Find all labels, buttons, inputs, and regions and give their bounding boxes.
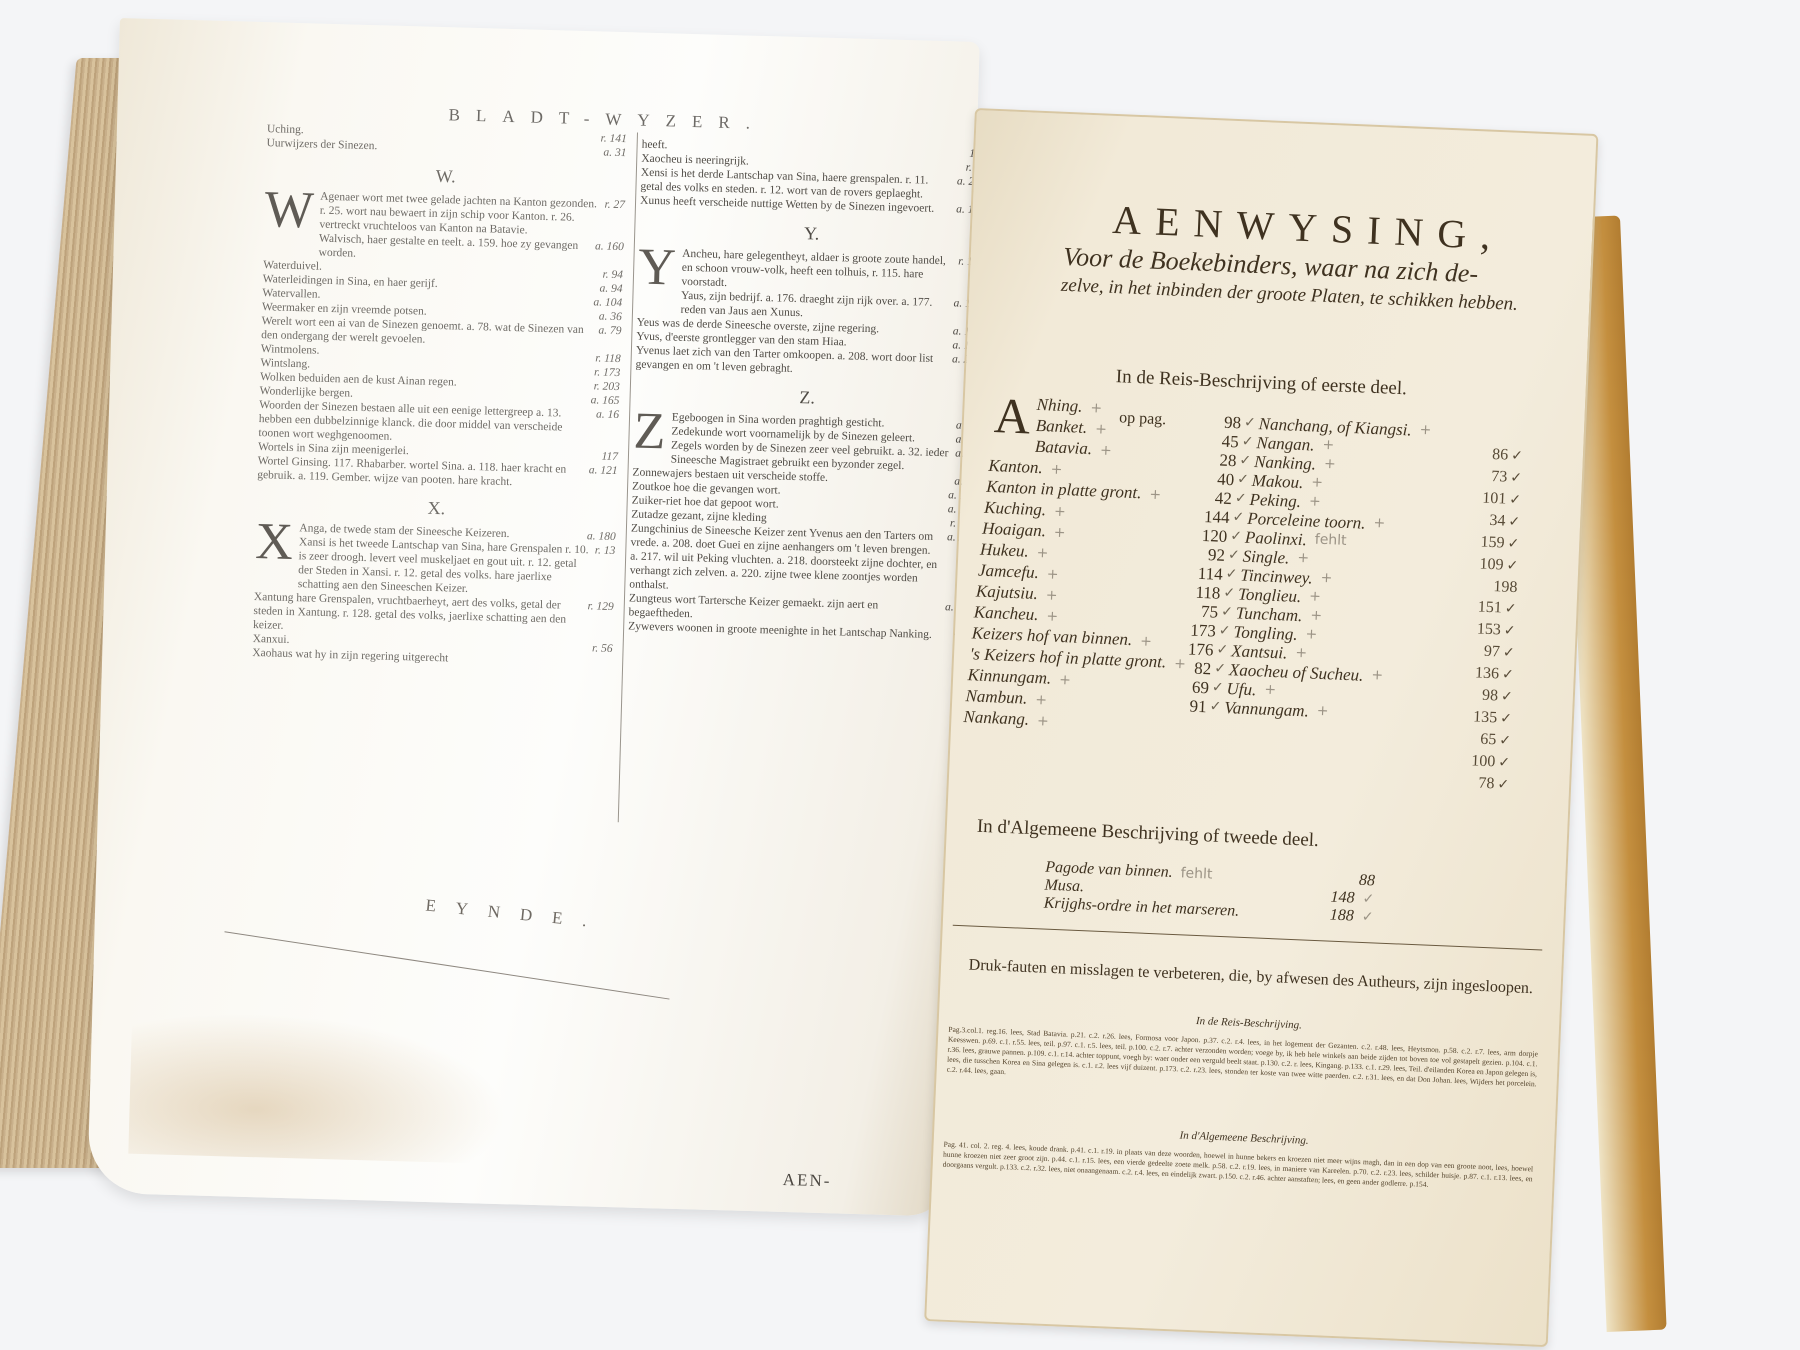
pencil-mark: + <box>1295 644 1308 663</box>
plate-name: Jamcefu. <box>978 561 1040 583</box>
check-mark-icon: ✓ <box>1502 667 1514 683</box>
section-heading-first-part: In de Reis-Beschrijving of eerste deel. <box>1115 366 1407 400</box>
check-mark-icon: ✓ <box>1500 711 1512 727</box>
plate-name: Vannungam. <box>1224 698 1309 721</box>
check-mark-icon: ✓ <box>1239 451 1252 470</box>
pencil-cross-mark: + <box>1054 525 1066 541</box>
plate-name: Batavia. <box>1035 437 1093 458</box>
page-number: 109 <box>1479 556 1504 574</box>
index-entry-ref: r. 118 <box>595 351 621 366</box>
check-mark-icon: ✓ <box>1223 584 1236 603</box>
index-entry-ref: 117 <box>601 450 618 464</box>
plate-page: 148✓ <box>1330 889 1374 909</box>
errata-title: Druk-fauten en misslagen te verbeteren, … <box>961 955 1541 998</box>
index-entry-ref: r. 27 <box>604 198 626 241</box>
index-entry-ref: a. 121 <box>588 463 618 492</box>
handwritten-page: 151✓ <box>1441 595 1517 620</box>
plate-name: Banket. <box>1035 416 1087 437</box>
check-mark-icon: ✓ <box>1225 565 1238 584</box>
plate-name: Kinnungam. <box>967 665 1051 687</box>
handwritten-page: 135✓ <box>1436 705 1512 730</box>
pencil-cross-mark: + <box>1100 443 1112 459</box>
index-entry-ref: a. 180 <box>587 529 616 544</box>
check-mark-icon: ✓ <box>1228 546 1241 565</box>
plate-name: Kuching. <box>984 498 1047 520</box>
plate-list-b: op pag. 98✓Nanchang, of Kiangsi.+45✓Nang… <box>1157 410 1432 725</box>
pencil-mark: + <box>1309 492 1322 511</box>
plate-name: Peking. <box>1249 490 1301 511</box>
check-mark-icon: ✓ <box>1212 678 1225 697</box>
check-mark-icon: ✓ <box>1508 514 1520 530</box>
handwritten-page: 73✓ <box>1447 464 1523 489</box>
book-photo: BLADT-WYZER. Uching.r. 141Uurwijzers der… <box>0 0 1800 1350</box>
dropcap-y: Y <box>638 246 677 291</box>
index-entry: Zungchinius de Sineesche Keizer zent Yve… <box>629 521 976 601</box>
pencil-mark: + <box>1305 625 1318 644</box>
plate-name: Musa. <box>1044 877 1084 897</box>
handwritten-page: 34✓ <box>1445 508 1521 533</box>
page-number: 73 <box>1491 468 1508 486</box>
plate-name: Xantsui. <box>1231 641 1288 662</box>
pencil-cross-mark: + <box>1046 608 1058 624</box>
horizontal-rule <box>953 925 1543 951</box>
check-mark-icon: ✓ <box>1510 470 1522 486</box>
handwritten-page: 101✓ <box>1446 486 1522 511</box>
page-number: 78 <box>1478 775 1495 793</box>
index-entry-ref: r. 203 <box>594 379 621 394</box>
check-mark-icon: ✓ <box>1362 891 1374 907</box>
pencil-mark: + <box>1324 455 1337 474</box>
foxing-stain <box>128 994 552 1166</box>
end-rule <box>224 931 669 999</box>
pencil-mark: + <box>1310 606 1323 625</box>
pencil-mark: + <box>1373 514 1386 533</box>
pencil-cross-mark: + <box>1059 672 1071 688</box>
pencil-mark: + <box>1419 421 1432 440</box>
check-mark-icon: ✓ <box>1509 492 1521 508</box>
index-column-1: Uching.r. 141Uurwijzers der Sinezen.a. 3… <box>252 122 627 670</box>
section-heading-z: Z. <box>635 386 980 410</box>
left-page-index: BLADT-WYZER. Uching.r. 141Uurwijzers der… <box>87 18 979 1217</box>
pencil-note: fehlt <box>1180 865 1212 882</box>
check-mark-icon: ✓ <box>1214 660 1227 679</box>
index-entry-ref: a. 16 <box>595 407 619 450</box>
index-entry-ref: r. 13 <box>593 543 615 600</box>
section-heading-y: Y. <box>639 222 984 246</box>
check-mark-icon: ✓ <box>1218 622 1231 641</box>
pencil-mark: + <box>1316 702 1329 721</box>
dropcap-x: X <box>255 520 294 565</box>
plate-name: Nhing. <box>1036 395 1083 416</box>
plate-name: Kancheu. <box>974 602 1039 624</box>
check-mark-icon: ✓ <box>1497 776 1509 792</box>
index-entry-ref: a. 79 <box>598 323 622 352</box>
dropcap-z: Z <box>633 410 666 455</box>
plate-page: 88 <box>1359 872 1376 891</box>
handwritten-page: 159✓ <box>1444 530 1520 555</box>
check-mark-icon: ✓ <box>1209 697 1222 716</box>
pencil-mark: + <box>1297 549 1310 568</box>
pencil-mark: + <box>1322 436 1335 455</box>
pencil-cross-mark: + <box>1045 587 1057 603</box>
page-number: 65 <box>1480 731 1497 749</box>
pencil-cross-mark: + <box>1090 400 1102 416</box>
check-mark-icon: ✓ <box>1504 623 1516 639</box>
page-number: 86 <box>1492 446 1509 464</box>
handwritten-page: 153✓ <box>1440 617 1516 642</box>
check-mark-icon: ✓ <box>1507 536 1519 552</box>
check-mark-icon: ✓ <box>1501 689 1513 705</box>
handwritten-page: 86✓ <box>1448 442 1524 467</box>
handwritten-page-numbers: 86✓73✓101✓34✓159✓109✓198151✓153✓97✓136✓9… <box>1434 442 1524 796</box>
check-mark-icon: ✓ <box>1232 508 1245 527</box>
index-entry: Xansi is het tweede Lantschap van Sina, … <box>298 535 616 600</box>
plate-name: Nambun. <box>965 686 1028 708</box>
check-mark-icon: ✓ <box>1498 754 1510 770</box>
check-mark-icon: ✓ <box>1241 432 1254 451</box>
page-number: 136 <box>1475 664 1500 682</box>
index-entry-ref: a. 31 <box>603 146 626 161</box>
index-entry-ref: a. 165 <box>591 393 620 408</box>
section-heading-w: W. <box>266 164 626 188</box>
plate-name: Nankang. <box>963 707 1029 729</box>
plate-name: Nangan. <box>1256 433 1315 454</box>
pencil-cross-mark: + <box>1046 566 1058 582</box>
handwritten-page: 78✓ <box>1434 771 1510 796</box>
handwritten-page: 109✓ <box>1443 552 1519 577</box>
pencil-mark: + <box>1320 569 1333 588</box>
check-mark-icon: ✓ <box>1361 909 1373 925</box>
index-entry-text: Xansi is het tweede Lantschap van Sina, … <box>298 535 589 599</box>
check-mark-icon: ✓ <box>1244 414 1257 433</box>
check-mark-icon: ✓ <box>1234 489 1247 508</box>
section-heading-second-part: In d'Algemeene Beschrijving of tweede de… <box>976 816 1319 852</box>
pencil-mark: fehlt <box>1314 531 1347 551</box>
index-entry-ref: r. 141 <box>600 131 627 146</box>
dropcap-a: A <box>993 393 1031 438</box>
index-entry-ref: a. 36 <box>599 309 622 324</box>
plate-name: Nanking. <box>1254 452 1317 474</box>
page-number: 97 <box>1484 643 1501 661</box>
pencil-cross-mark: + <box>1035 692 1047 708</box>
index-column-2: heeft.175Xaocheu is neeringrijk.r. 65Xen… <box>628 138 987 643</box>
page-number: 101 <box>1482 490 1507 508</box>
page-number: 198 <box>1493 578 1518 596</box>
page-number: 135 <box>1473 708 1498 726</box>
handwritten-page: 98✓ <box>1437 683 1513 708</box>
pencil-mark: + <box>1311 473 1324 492</box>
index-entry-ref: a. 104 <box>593 295 622 310</box>
page-number: 159 <box>1480 534 1505 552</box>
plate-name: Kajutsiu. <box>976 581 1039 603</box>
plate-name: Tonglieu. <box>1238 584 1302 606</box>
index-entry-ref: r. 173 <box>594 365 621 380</box>
check-mark-icon: ✓ <box>1503 645 1515 661</box>
pencil-mark: + <box>1371 666 1384 685</box>
check-mark-icon: ✓ <box>1221 603 1234 622</box>
index-entry-ref: r. 129 <box>587 599 614 642</box>
index-entry-text: Ancheu, hare gelegentheyt, aldaer is gro… <box>681 247 952 297</box>
check-mark-icon: ✓ <box>1237 470 1250 489</box>
plate-name: Makou. <box>1251 471 1303 492</box>
plate-name: Hoaigan. <box>982 519 1046 541</box>
handwritten-page: 100✓ <box>1435 749 1511 774</box>
check-mark-icon: ✓ <box>1506 558 1518 574</box>
check-mark-icon: ✓ <box>1511 448 1523 464</box>
check-mark-icon: ✓ <box>1230 527 1243 546</box>
plate-name: Kanton. <box>988 456 1043 477</box>
right-page-binder-instructions: AENWYSING, Voor de Boekebinders, waar na… <box>924 108 1598 1347</box>
page-number: 153 <box>1477 620 1502 638</box>
index-entry-ref: a. 94 <box>599 282 622 297</box>
check-mark-icon: ✓ <box>1504 601 1516 617</box>
page-number: 100 <box>1471 752 1496 770</box>
check-mark-icon: ✓ <box>1499 733 1511 749</box>
pencil-cross-mark: + <box>1037 713 1049 729</box>
handwritten-page: 65✓ <box>1436 727 1512 752</box>
plate-page: 188✓ <box>1329 907 1373 927</box>
plate-name: Hukeu. <box>980 540 1029 561</box>
page-number: 34 <box>1489 512 1506 530</box>
pencil-cross-mark: + <box>1054 504 1066 520</box>
plate-name: Ufu. <box>1226 679 1257 699</box>
catchword: AEN- <box>783 1170 832 1191</box>
pencil-cross-mark: + <box>1036 545 1048 561</box>
plate-page: 91 <box>1134 694 1207 716</box>
pencil-cross-mark: + <box>1095 421 1107 437</box>
pencil-mark: + <box>1309 587 1322 606</box>
check-mark-icon: ✓ <box>1216 641 1229 660</box>
handwritten-page: 97✓ <box>1439 639 1515 664</box>
index-entry-ref: r. 56 <box>592 641 613 656</box>
pencil-mark: + <box>1264 681 1277 700</box>
index-entry-text: Zungchinius de Sineesche Keizer zent Yve… <box>629 521 941 600</box>
dropcap-w: W <box>264 188 314 233</box>
index-entry-ref: r. 94 <box>602 268 623 283</box>
page-number: 151 <box>1477 599 1502 617</box>
pencil-cross-mark: + <box>1050 461 1062 477</box>
end-label: EYNDE. <box>425 896 608 934</box>
index-entry-ref: a. 160 <box>594 239 624 268</box>
handwritten-page: 136✓ <box>1438 661 1514 686</box>
section-heading-x: X. <box>256 496 616 520</box>
plate-name: Paolinxi. <box>1245 528 1308 550</box>
plate-list-second-part: Pagode van binnen.fehlt88Musa.148✓Krijgh… <box>1043 859 1375 927</box>
page-number: 98 <box>1482 687 1499 705</box>
plate-name: Single. <box>1242 547 1290 568</box>
